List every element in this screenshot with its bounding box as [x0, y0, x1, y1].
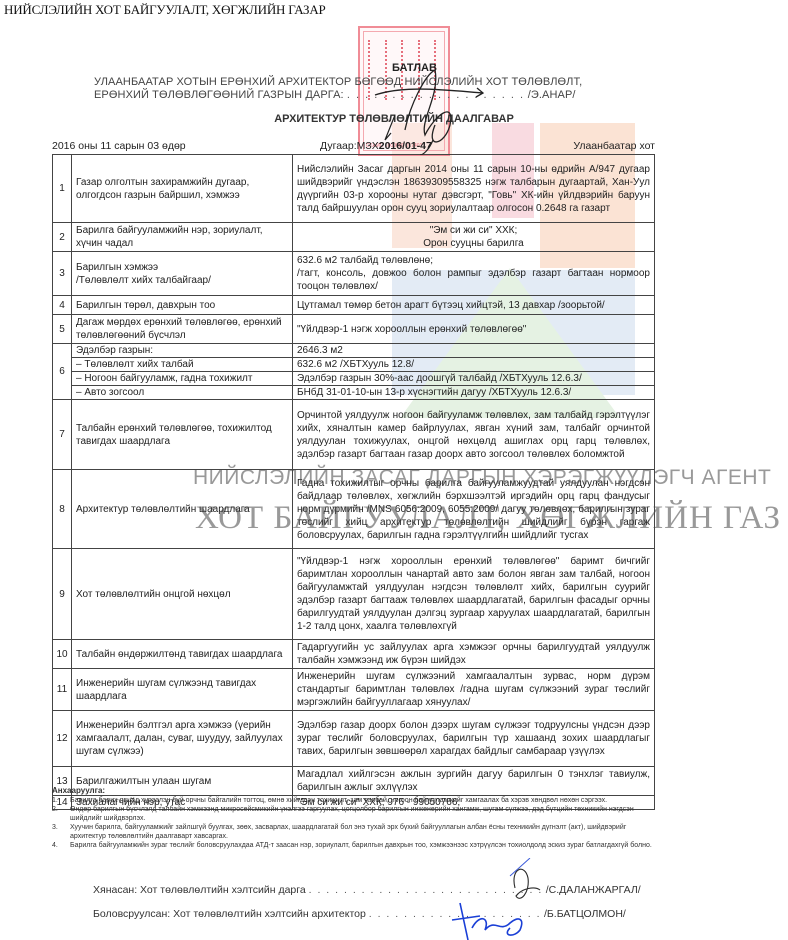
note-number: 3. [52, 823, 70, 841]
row-label: – Төлөвлөлт хийх талбай [72, 358, 293, 372]
organization-header: НИЙСЛЭЛИЙН ХОТ БАЙГУУЛАЛТ, ХӨГЖЛИЙН ГАЗА… [4, 2, 326, 18]
table-row: – Төлөвлөлт хийх талбай 632.6 м2 /ХБТХуу… [53, 358, 655, 372]
row-label: Дагаж мөрдөх ерөнхий төлөвлөгөө, ерөнхий… [72, 315, 293, 344]
row-label: Инженерийн бэлтгэл арга хэмжээ (үерийн х… [72, 711, 293, 767]
note-text: Өндөр барилгын бүсчлэлд талбайн хэмжээнд… [70, 805, 662, 823]
note-item: 3. Хуучин барилга, байгууламжийг зайлшгү… [52, 823, 662, 841]
note-text: Хуучин барилга, байгууламжийг зайлшгүй б… [70, 823, 662, 841]
row-value: "Үйлдвэр-1 нэгж хорооллын ерөнхий төлөвл… [293, 315, 655, 344]
row-label: Барилгын төрөл, давхрын тоо [72, 296, 293, 315]
table-row: 3 Барилгын хэмжээ /Төлөвлөлт хийх талбай… [53, 252, 655, 296]
row-number: 9 [53, 549, 72, 640]
row-label: Барилгын хэмжээ /Төлөвлөлт хийх талбайга… [72, 252, 293, 296]
row-value: Эдэлбэр газар доорх болон дээрх шугам сү… [293, 711, 655, 767]
signature-icon [365, 55, 485, 155]
row-number: 11 [53, 669, 72, 711]
row-label: Газар олголтын захирамжийн дугаар, олгог… [72, 155, 293, 223]
row-label: Эдэлбэр газрын: [72, 344, 293, 358]
watermark-line1: НИЙСЛЭЛИЙН ЗАСАГ ДАРГЫН ХЭРЭГЖҮҮЛЭГЧ АГЕ… [193, 466, 771, 490]
row-label-line: Барилгын хэмжээ [76, 261, 288, 274]
notes-title: Анхааруулга: [52, 786, 662, 795]
reviewed-label: Хянасан: Хот төлөвлөлтийн хэлтсийн дарга [93, 884, 306, 896]
note-text: Барилга барих явцад хүрээлэн буй орчны б… [70, 796, 607, 805]
row-label: Талбайн өндөржилтөнд тавигдах шаардлага [72, 640, 293, 669]
row-value: Эдэлбэр газрын 30%-аас доошгүй талбайд /… [293, 372, 655, 386]
document-meta: 2016 оны 11 сарын 03 өдөр Дугаар:МЗХ2016… [52, 140, 655, 154]
table-row: 12 Инженерийн бэлтгэл арга хэмжээ (үерий… [53, 711, 655, 767]
row-value: Инженерийн шугам сүлжээний хамгаалалтын … [293, 669, 655, 711]
signature-icon [440, 858, 560, 940]
note-number: 2. [52, 805, 70, 823]
notes-section: Анхааруулга: 1. Барилга барих явцад хүрэ… [52, 786, 662, 850]
row-value-line: /тагт, консоль, довжоо болон рампыг эдэл… [297, 267, 650, 293]
row-value-line: Орон сууцны барилга [297, 237, 650, 250]
row-value: Орчинтой уялдуулж ногоон байгууламж төлө… [293, 400, 655, 470]
row-value: Цутгамал төмөр бетон арагт бүтээц хийцтэ… [293, 296, 655, 315]
row-label: Хот төлөвлөлтийн онцгой нөхцөл [72, 549, 293, 640]
row-number: 1 [53, 155, 72, 223]
row-number: 8 [53, 470, 72, 549]
table-row: 5 Дагаж мөрдөх ерөнхий төлөвлөгөө, ерөнх… [53, 315, 655, 344]
table-row: 1 Газар олголтын захирамжийн дугаар, олг… [53, 155, 655, 223]
table-row: 9 Хот төлөвлөлтийн онцгой нөхцөл "Үйлдвэ… [53, 549, 655, 640]
table-row: – Ногоон байгууламж, гадна тохижилт Эдэл… [53, 372, 655, 386]
prepared-label: Боловсруулсан: Хот төлөвлөлтийн хэлтсийн… [93, 908, 366, 920]
table-row: 4 Барилгын төрөл, давхрын тоо Цутгамал т… [53, 296, 655, 315]
row-value: "Үйлдвэр-1 нэгж хорооллын ерөнхий төлөвл… [293, 549, 655, 640]
row-value: "Эм си жи си" ХХК; Орон сууцны барилга [293, 223, 655, 252]
row-label-line: /Төлөвлөлт хийх талбайгаар/ [76, 274, 288, 287]
row-value-line: "Эм си жи си" ХХК; [297, 224, 650, 237]
row-value-line: 632.6 м2 талбайд төлөвлөнө; [297, 254, 650, 267]
document-city: Улаанбаатар хот [573, 140, 655, 152]
watermark-line2: ХОТ БАЙГУУЛАЛТ, ХӨГЖЛИЙН ГАЗ [195, 500, 781, 537]
table-row: 11 Инженерийн шугам сүлжээнд тавигдах ша… [53, 669, 655, 711]
row-number: 5 [53, 315, 72, 344]
note-item: 2. Өндөр барилгын бүсчлэлд талбайн хэмжэ… [52, 805, 662, 823]
approver-name: /Э.АНАР/ [528, 89, 576, 101]
row-label: Талбайн ерөнхий төлөвлөгөө, тохижилтод т… [72, 400, 293, 470]
note-number: 4. [52, 841, 70, 850]
row-number: 7 [53, 400, 72, 470]
row-number: 6 [53, 344, 72, 400]
table-row: 7 Талбайн ерөнхий төлөвлөгөө, тохижилтод… [53, 400, 655, 470]
row-number: 3 [53, 252, 72, 296]
approver-position: УЛААНБААТАР ХОТЫН ЕРӨНХИЙ АРХИТЕКТОР БӨГ… [94, 76, 582, 88]
row-number: 10 [53, 640, 72, 669]
row-value: БНбД 31-01-10-ын 13-р хүснэгтийн дагуу /… [293, 386, 655, 400]
row-label: Инженерийн шугам сүлжээнд тавигдах шаард… [72, 669, 293, 711]
row-number: 12 [53, 711, 72, 767]
approver-position-line2: ЕРӨНХИЙ ТӨЛӨВЛӨГӨӨНИЙ ГАЗРЫН ДАРГА: . . … [94, 89, 576, 101]
document-date: 2016 оны 11 сарын 03 өдөр [52, 140, 186, 152]
note-item: 4. Барилга байгууламжийн зураг төслийг б… [52, 841, 662, 850]
row-label: Барилга байгууламжийн нэр, зориулалт, хү… [72, 223, 293, 252]
table-row: 6 Эдэлбэр газрын: 2646.3 м2 [53, 344, 655, 358]
row-value: 632.6 м2 /ХБТХууль 12.8/ [293, 358, 655, 372]
row-number: 2 [53, 223, 72, 252]
row-value: 632.6 м2 талбайд төлөвлөнө; /тагт, консо… [293, 252, 655, 296]
row-value: 2646.3 м2 [293, 344, 655, 358]
table-row: 2 Барилга байгууламжийн нэр, зориулалт, … [53, 223, 655, 252]
row-value: Гадаргуугийн ус зайлуулах арга хэмжээг о… [293, 640, 655, 669]
row-label: – Авто зогсоол [72, 386, 293, 400]
table-row: – Авто зогсоол БНбД 31-01-10-ын 13-р хүс… [53, 386, 655, 400]
note-item: 1. Барилга барих явцад хүрээлэн буй орчн… [52, 796, 662, 805]
row-label: – Ногоон байгууламж, гадна тохижилт [72, 372, 293, 386]
approver-position-text: ЕРӨНХИЙ ТӨЛӨВЛӨГӨӨНИЙ ГАЗРЫН ДАРГА: [94, 89, 344, 101]
row-number: 4 [53, 296, 72, 315]
table-row: 10 Талбайн өндөржилтөнд тавигдах шаардла… [53, 640, 655, 669]
note-text: Барилга байгууламжийн зураг төслийг боло… [70, 841, 652, 850]
note-number: 1. [52, 796, 70, 805]
row-value: Нийслэлийн Засаг даргын 2014 оны 11 сары… [293, 155, 655, 223]
